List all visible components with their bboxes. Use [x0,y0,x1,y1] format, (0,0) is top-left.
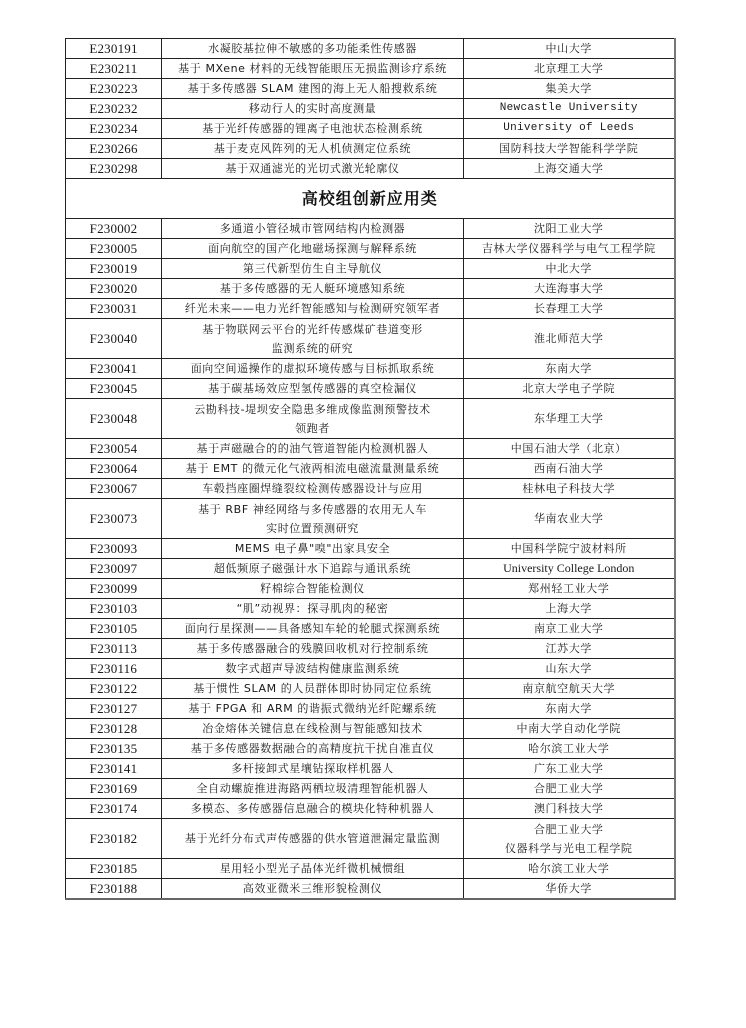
awards-table-body: E230191水凝胶基拉伸不敏感的多功能柔性传感器中山大学E230211基于 M… [66,39,675,900]
table-row: F230174多模态、多传感器信息融合的模块化特种机器人澳门科技大学 [66,799,675,819]
project-title-line: MEMS 电子鼻"嗅"出家具安全 [164,539,461,558]
organization-cell: 华南农业大学 [464,499,675,539]
project-title-line: 水凝胶基拉伸不敏感的多功能柔性传感器 [164,39,461,58]
organization-line: Newcastle University [466,99,672,118]
organization-line: 华南农业大学 [466,509,672,528]
project-title-line: 基于麦克风阵列的无人机侦测定位系统 [164,139,461,158]
organization-line: 南京工业大学 [466,619,672,638]
project-id-cell: F230122 [66,679,162,699]
project-id-cell: E230232 [66,99,162,119]
project-title-cell: 基于麦克风阵列的无人机侦测定位系统 [162,139,464,159]
table-row: F230135基于多传感器数据融合的高精度抗干扰自准直仪哈尔滨工业大学 [66,739,675,759]
organization-line: 中北大学 [466,259,672,278]
project-title-cell: 基于多传感器的无人艇环境感知系统 [162,279,464,299]
table-row: F230067车毂挡座圈焊缝裂纹检测传感器设计与应用桂林电子科技大学 [66,479,675,499]
table-row: F230045基于碳基场效应型氢传感器的真空检漏仪北京大学电子学院 [66,379,675,399]
project-id-cell: F230002 [66,219,162,239]
organization-line: 淮北师范大学 [466,329,672,348]
project-id-cell: E230191 [66,39,162,59]
organization-cell: 合肥工业大学 [464,779,675,799]
organization-line: 合肥工业大学 [466,820,672,839]
organization-line: 吉林大学仪器科学与电气工程学院 [466,239,672,258]
organization-line: 仪器科学与光电工程学院 [466,839,672,858]
project-title-line: 多模态、多传感器信息融合的模块化特种机器人 [164,799,461,818]
organization-line: 华侨大学 [466,879,672,898]
organization-cell: 东华理工大学 [464,399,675,439]
organization-cell: University College London [464,559,675,579]
project-id-cell: F230020 [66,279,162,299]
project-title-line: 基于 FPGA 和 ARM 的谐振式微纳光纤陀螺系统 [164,699,461,718]
project-title-cell: “肌”动视界：探寻肌肉的秘密 [162,599,464,619]
project-title-cell: 面向空间遥操作的虚拟环境传感与目标抓取系统 [162,359,464,379]
project-id-cell: F230040 [66,319,162,359]
project-title-cell: 基于声磁融合的的油气管道智能内检测机器人 [162,439,464,459]
project-title-line: 监测系统的研究 [164,339,461,358]
organization-line: University College London [466,559,672,578]
project-title-cell: 基于多传感器融合的残膜回收机对行控制系统 [162,639,464,659]
project-title-line: 多杆接卸式星壤钻探取样机器人 [164,759,461,778]
project-id-cell: F230019 [66,259,162,279]
organization-line: 上海大学 [466,599,672,618]
organization-cell: 澳门科技大学 [464,799,675,819]
organization-cell: 大连海事大学 [464,279,675,299]
project-id-cell: F230073 [66,499,162,539]
organization-line: 南京航空航天大学 [466,679,672,698]
organization-cell: 桂林电子科技大学 [464,479,675,499]
project-title-cell: 多杆接卸式星壤钻探取样机器人 [162,759,464,779]
organization-line: 上海交通大学 [466,159,672,178]
project-id-cell: F230067 [66,479,162,499]
organization-cell: 集美大学 [464,79,675,99]
table-row: F230031纤光未来——电力光纤智能感知与检测研究领军者长春理工大学 [66,299,675,319]
project-title-line: 基于双通滤光的光切式激光轮廓仪 [164,159,461,178]
organization-cell: 沈阳工业大学 [464,219,675,239]
project-id-cell: E230266 [66,139,162,159]
table-row: F230188高效亚微米三维形貌检测仪华侨大学 [66,879,675,900]
organization-cell: 广东工业大学 [464,759,675,779]
organization-cell: 上海交通大学 [464,159,675,179]
table-row: E230223基于多传感器 SLAM 建图的海上无人船搜救系统集美大学 [66,79,675,99]
section-heading: 高校组创新应用类 [66,179,675,219]
project-title-line: 基于物联网云平台的光纤传感煤矿巷道变形 [164,320,461,339]
organization-cell: 中北大学 [464,259,675,279]
organization-line: 中山大学 [466,39,672,58]
organization-cell: 北京大学电子学院 [464,379,675,399]
project-title-cell: 高效亚微米三维形貌检测仪 [162,879,464,900]
table-row: F230093MEMS 电子鼻"嗅"出家具安全中国科学院宁波材料所 [66,539,675,559]
organization-line: 北京理工大学 [466,59,672,78]
project-title-line: 面向航空的国产化地磁场探测与解释系统 [164,239,461,258]
project-title-cell: 水凝胶基拉伸不敏感的多功能柔性传感器 [162,39,464,59]
organization-line: 广东工业大学 [466,759,672,778]
table-row: F230169全自动螺旋推进海路两栖垃圾清理智能机器人合肥工业大学 [66,779,675,799]
project-id-cell: F230041 [66,359,162,379]
organization-cell: 国防科技大学智能科学学院 [464,139,675,159]
table-row: F230064基于 EMT 的微元化气液两相流电磁流量测量系统西南石油大学 [66,459,675,479]
project-title-cell: 面向航空的国产化地磁场探测与解释系统 [162,239,464,259]
project-id-cell: F230185 [66,859,162,879]
project-title-cell: MEMS 电子鼻"嗅"出家具安全 [162,539,464,559]
project-title-line: 多通道小管径城市管网结构内检测器 [164,219,461,238]
project-title-line: 高效亚微米三维形貌检测仪 [164,879,461,898]
organization-cell: 华侨大学 [464,879,675,900]
project-title-cell: 多通道小管径城市管网结构内检测器 [162,219,464,239]
project-title-line: 云勘科技-堤坝安全隐患多维成像监测预警技术 [164,400,461,419]
table-row: F230116数字式超声导波结构健康监测系统山东大学 [66,659,675,679]
project-title-cell: 车毂挡座圈焊缝裂纹检测传感器设计与应用 [162,479,464,499]
organization-cell: University of Leeds [464,119,675,139]
project-id-cell: F230005 [66,239,162,259]
organization-cell: 东南大学 [464,359,675,379]
project-title-line: 基于声磁融合的的油气管道智能内检测机器人 [164,439,461,458]
project-title-cell: 基于 RBF 神经网络与多传感器的农用无人车实时位置预测研究 [162,499,464,539]
project-id-cell: F230174 [66,799,162,819]
organization-cell: Newcastle University [464,99,675,119]
organization-line: 国防科技大学智能科学学院 [466,139,672,158]
project-title-cell: 基于双通滤光的光切式激光轮廓仪 [162,159,464,179]
project-title-line: 基于多传感器的无人艇环境感知系统 [164,279,461,298]
organization-cell: 西南石油大学 [464,459,675,479]
organization-line: 北京大学电子学院 [466,379,672,398]
project-title-cell: 纤光未来——电力光纤智能感知与检测研究领军者 [162,299,464,319]
table-row: F230182基于光纤分布式声传感器的供水管道泄漏定量监测合肥工业大学仪器科学与… [66,819,675,859]
project-title-cell: 基于物联网云平台的光纤传感煤矿巷道变形监测系统的研究 [162,319,464,359]
project-title-cell: 基于碳基场效应型氢传感器的真空检漏仪 [162,379,464,399]
project-id-cell: F230127 [66,699,162,719]
project-id-cell: F230031 [66,299,162,319]
table-row: F230127基于 FPGA 和 ARM 的谐振式微纳光纤陀螺系统东南大学 [66,699,675,719]
project-title-line: 基于碳基场效应型氢传感器的真空检漏仪 [164,379,461,398]
organization-line: 大连海事大学 [466,279,672,298]
project-title-line: 基于 MXene 材料的无线智能眼压无损监测诊疗系统 [164,59,461,78]
table-row: F230048云勘科技-堤坝安全隐患多维成像监测预警技术领跑者东华理工大学 [66,399,675,439]
project-title-cell: 基于 EMT 的微元化气液两相流电磁流量测量系统 [162,459,464,479]
document-page: E230191水凝胶基拉伸不敏感的多功能柔性传感器中山大学E230211基于 M… [0,0,746,1028]
project-title-cell: 面向行星探测——具备感知车轮的轮腿式探测系统 [162,619,464,639]
organization-line: 东南大学 [466,359,672,378]
table-row: F230005面向航空的国产化地磁场探测与解释系统吉林大学仪器科学与电气工程学院 [66,239,675,259]
organization-cell: 哈尔滨工业大学 [464,859,675,879]
organization-line: 合肥工业大学 [466,779,672,798]
project-title-line: 基于光纤分布式声传感器的供水管道泄漏定量监测 [164,829,461,848]
organization-line: 桂林电子科技大学 [466,479,672,498]
project-title-line: 数字式超声导波结构健康监测系统 [164,659,461,678]
organization-cell: 南京航空航天大学 [464,679,675,699]
organization-line: 江苏大学 [466,639,672,658]
table-row: F230054基于声磁融合的的油气管道智能内检测机器人中国石油大学（北京） [66,439,675,459]
project-title-cell: 基于多传感器数据融合的高精度抗干扰自准直仪 [162,739,464,759]
project-title-cell: 移动行人的实时高度测量 [162,99,464,119]
project-id-cell: F230169 [66,779,162,799]
table-row: F230041面向空间遥操作的虚拟环境传感与目标抓取系统东南大学 [66,359,675,379]
project-title-cell: 数字式超声导波结构健康监测系统 [162,659,464,679]
project-title-line: 基于多传感器数据融合的高精度抗干扰自准直仪 [164,739,461,758]
project-title-line: 面向行星探测——具备感知车轮的轮腿式探测系统 [164,619,461,638]
project-title-cell: 籽棉综合智能检测仪 [162,579,464,599]
project-title-cell: 第三代新型仿生自主导航仪 [162,259,464,279]
project-title-line: 冶金熔体关键信息在线检测与智能感知技术 [164,719,461,738]
project-id-cell: F230099 [66,579,162,599]
organization-line: 哈尔滨工业大学 [466,859,672,878]
organization-cell: 东南大学 [464,699,675,719]
table-row: E230191水凝胶基拉伸不敏感的多功能柔性传感器中山大学 [66,39,675,59]
organization-cell: 中国石油大学（北京） [464,439,675,459]
organization-line: 郑州轻工业大学 [466,579,672,598]
table-row: F230020基于多传感器的无人艇环境感知系统大连海事大学 [66,279,675,299]
project-id-cell: F230128 [66,719,162,739]
project-title-line: 移动行人的实时高度测量 [164,99,461,118]
project-title-cell: 云勘科技-堤坝安全隐患多维成像监测预警技术领跑者 [162,399,464,439]
project-id-cell: F230141 [66,759,162,779]
organization-line: 中国科学院宁波材料所 [466,539,672,558]
organization-line: 长春理工大学 [466,299,672,318]
table-row: F230105面向行星探测——具备感知车轮的轮腿式探测系统南京工业大学 [66,619,675,639]
project-id-cell: F230116 [66,659,162,679]
organization-line: 澳门科技大学 [466,799,672,818]
project-title-line: 全自动螺旋推进海路两栖垃圾清理智能机器人 [164,779,461,798]
project-title-cell: 基于光纤分布式声传感器的供水管道泄漏定量监测 [162,819,464,859]
organization-line: University of Leeds [466,119,672,138]
organization-cell: 上海大学 [464,599,675,619]
project-title-line: 星用轻小型光子晶体光纤微机械惯组 [164,859,461,878]
organization-cell: 山东大学 [464,659,675,679]
organization-line: 东华理工大学 [466,409,672,428]
project-id-cell: F230093 [66,539,162,559]
table-row: F230128冶金熔体关键信息在线检测与智能感知技术中南大学自动化学院 [66,719,675,739]
organization-line: 哈尔滨工业大学 [466,739,672,758]
project-title-line: 车毂挡座圈焊缝裂纹检测传感器设计与应用 [164,479,461,498]
project-title-line: 基于 EMT 的微元化气液两相流电磁流量测量系统 [164,459,461,478]
project-id-cell: F230045 [66,379,162,399]
project-title-line: 基于 RBF 神经网络与多传感器的农用无人车 [164,500,461,519]
organization-cell: 北京理工大学 [464,59,675,79]
project-id-cell: F230135 [66,739,162,759]
project-title-cell: 多模态、多传感器信息融合的模块化特种机器人 [162,799,464,819]
table-row: E230211基于 MXene 材料的无线智能眼压无损监测诊疗系统北京理工大学 [66,59,675,79]
project-title-cell: 基于 FPGA 和 ARM 的谐振式微纳光纤陀螺系统 [162,699,464,719]
project-title-cell: 基于惯性 SLAM 的人员群体即时协同定位系统 [162,679,464,699]
project-title-cell: 基于光纤传感器的锂离子电池状态检测系统 [162,119,464,139]
organization-line: 沈阳工业大学 [466,219,672,238]
organization-cell: 南京工业大学 [464,619,675,639]
organization-cell: 长春理工大学 [464,299,675,319]
project-title-line: 基于光纤传感器的锂离子电池状态检测系统 [164,119,461,138]
project-title-line: 实时位置预测研究 [164,519,461,538]
project-id-cell: F230064 [66,459,162,479]
project-id-cell: F230188 [66,879,162,900]
organization-line: 中南大学自动化学院 [466,719,672,738]
project-id-cell: E230211 [66,59,162,79]
awards-table: E230191水凝胶基拉伸不敏感的多功能柔性传感器中山大学E230211基于 M… [65,38,676,900]
project-id-cell: F230103 [66,599,162,619]
project-id-cell: F230182 [66,819,162,859]
project-title-line: 籽棉综合智能检测仪 [164,579,461,598]
project-title-line: 基于多传感器 SLAM 建图的海上无人船搜救系统 [164,79,461,98]
organization-cell: 中南大学自动化学院 [464,719,675,739]
table-row: F230002多通道小管径城市管网结构内检测器沈阳工业大学 [66,219,675,239]
organization-line: 山东大学 [466,659,672,678]
table-row: F230141多杆接卸式星壤钻探取样机器人广东工业大学 [66,759,675,779]
project-title-line: 超低频原子磁强计水下追踪与通讯系统 [164,559,461,578]
table-row: E230298基于双通滤光的光切式激光轮廓仪上海交通大学 [66,159,675,179]
project-title-line: 第三代新型仿生自主导航仪 [164,259,461,278]
project-id-cell: F230105 [66,619,162,639]
table-row: F230073基于 RBF 神经网络与多传感器的农用无人车实时位置预测研究华南农… [66,499,675,539]
table-row: F230040基于物联网云平台的光纤传感煤矿巷道变形监测系统的研究淮北师范大学 [66,319,675,359]
table-row: F230097超低频原子磁强计水下追踪与通讯系统University Colle… [66,559,675,579]
project-title-line: 基于多传感器融合的残膜回收机对行控制系统 [164,639,461,658]
project-id-cell: E230223 [66,79,162,99]
organization-cell: 江苏大学 [464,639,675,659]
table-row: E230232移动行人的实时高度测量Newcastle University [66,99,675,119]
table-row: F230099籽棉综合智能检测仪郑州轻工业大学 [66,579,675,599]
project-title-line: 纤光未来——电力光纤智能感知与检测研究领军者 [164,299,461,318]
table-row: F230019第三代新型仿生自主导航仪中北大学 [66,259,675,279]
organization-cell: 淮北师范大学 [464,319,675,359]
organization-cell: 郑州轻工业大学 [464,579,675,599]
project-title-line: “肌”动视界：探寻肌肉的秘密 [164,599,461,618]
project-title-line: 领跑者 [164,419,461,438]
organization-line: 集美大学 [466,79,672,98]
organization-cell: 吉林大学仪器科学与电气工程学院 [464,239,675,259]
project-title-cell: 超低频原子磁强计水下追踪与通讯系统 [162,559,464,579]
table-row: E230266基于麦克风阵列的无人机侦测定位系统国防科技大学智能科学学院 [66,139,675,159]
project-title-line: 面向空间遥操作的虚拟环境传感与目标抓取系统 [164,359,461,378]
project-id-cell: F230054 [66,439,162,459]
project-id-cell: E230298 [66,159,162,179]
organization-cell: 中山大学 [464,39,675,59]
project-title-line: 基于惯性 SLAM 的人员群体即时协同定位系统 [164,679,461,698]
table-row: F230113基于多传感器融合的残膜回收机对行控制系统江苏大学 [66,639,675,659]
project-id-cell: F230097 [66,559,162,579]
project-title-cell: 全自动螺旋推进海路两栖垃圾清理智能机器人 [162,779,464,799]
organization-line: 中国石油大学（北京） [466,439,672,458]
organization-line: 西南石油大学 [466,459,672,478]
table-row: F230122基于惯性 SLAM 的人员群体即时协同定位系统南京航空航天大学 [66,679,675,699]
organization-line: 东南大学 [466,699,672,718]
organization-cell: 哈尔滨工业大学 [464,739,675,759]
project-title-cell: 基于 MXene 材料的无线智能眼压无损监测诊疗系统 [162,59,464,79]
project-id-cell: E230234 [66,119,162,139]
project-id-cell: F230113 [66,639,162,659]
table-row: F230185星用轻小型光子晶体光纤微机械惯组哈尔滨工业大学 [66,859,675,879]
project-title-cell: 基于多传感器 SLAM 建图的海上无人船搜救系统 [162,79,464,99]
table-row: F230103“肌”动视界：探寻肌肉的秘密上海大学 [66,599,675,619]
organization-cell: 中国科学院宁波材料所 [464,539,675,559]
table-row: E230234基于光纤传感器的锂离子电池状态检测系统University of … [66,119,675,139]
project-title-cell: 星用轻小型光子晶体光纤微机械惯组 [162,859,464,879]
organization-cell: 合肥工业大学仪器科学与光电工程学院 [464,819,675,859]
project-title-cell: 冶金熔体关键信息在线检测与智能感知技术 [162,719,464,739]
project-id-cell: F230048 [66,399,162,439]
section-heading-row: 高校组创新应用类 [66,179,675,219]
